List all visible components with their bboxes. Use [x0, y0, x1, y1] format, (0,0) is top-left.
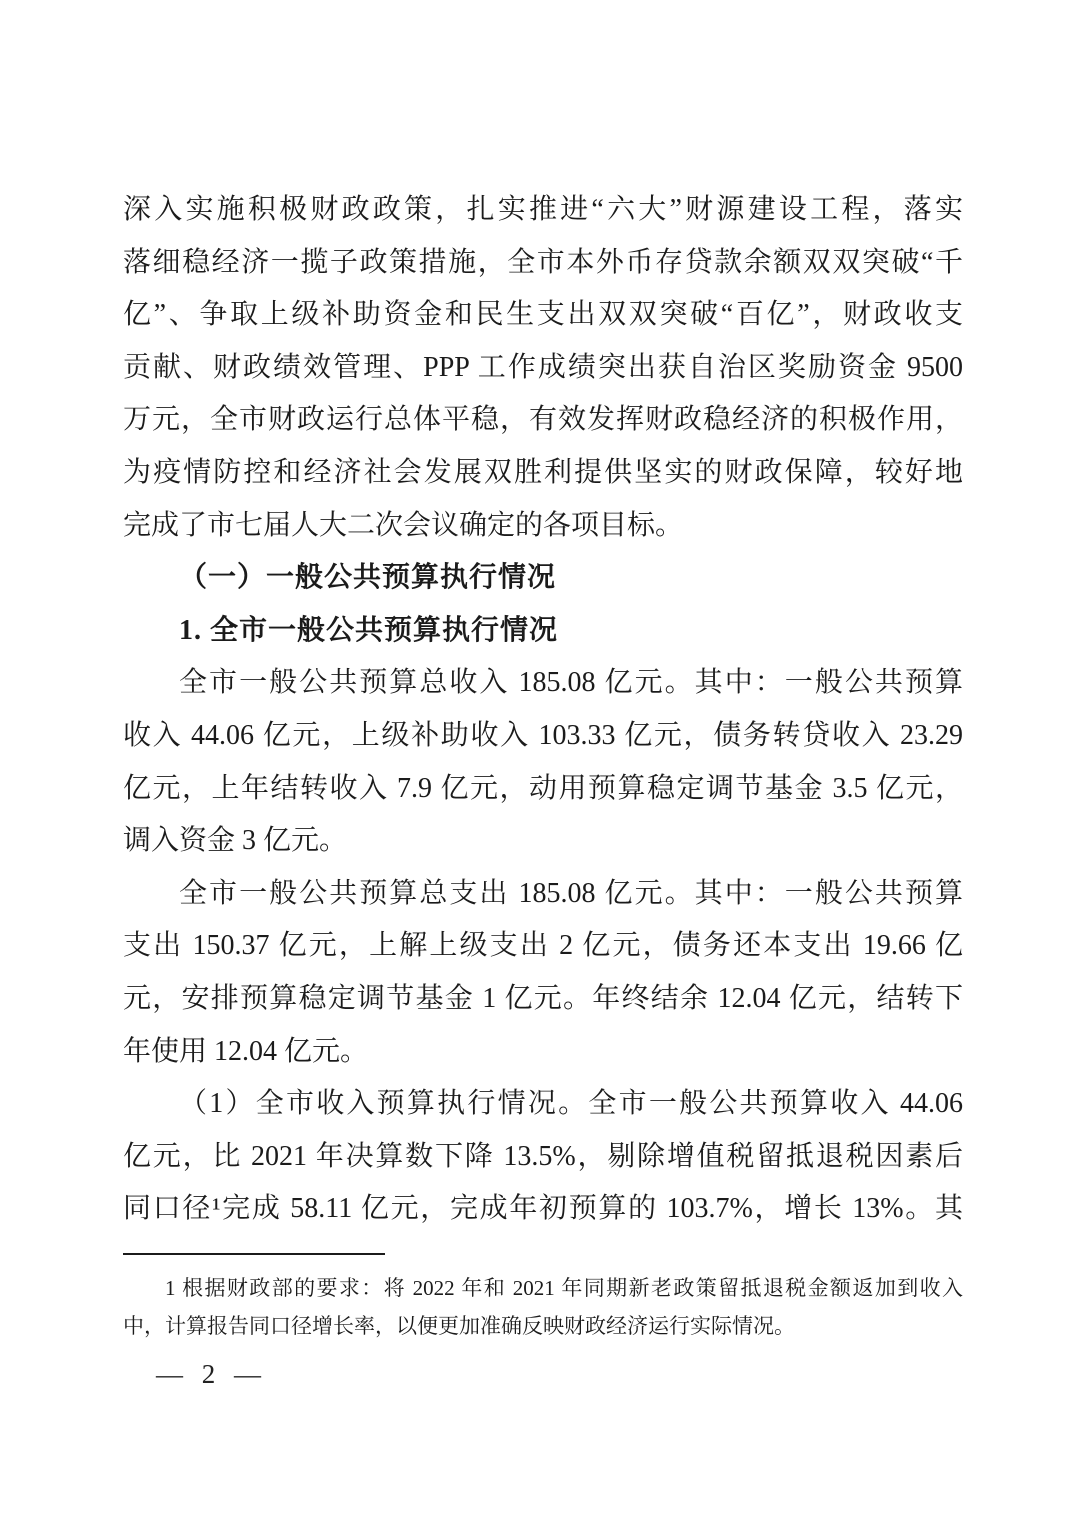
footnote-line: 1 根据财政部的要求：将 2022 年和 2021 年同期新老政策留抵退税金额返… — [123, 1269, 963, 1307]
page-body: 深入实施积极财政政策，扎实推进“六大”财源建设工程，落实 落细稳经济一揽子政策措… — [123, 184, 963, 1236]
text-line: 贡献、财政绩效管理、PPP 工作成绩突出获自治区奖励资金 9500 — [123, 342, 963, 395]
page-number: — 2 — — [156, 1356, 267, 1392]
text-line: 年使用 12.04 亿元。 — [123, 1026, 963, 1079]
text-line: 为疫情防控和经济社会发展双胜利提供坚实的财政保障，较好地 — [123, 447, 963, 500]
text-line: 落细稳经济一揽子政策措施，全市本外币存贷款余额双双突破“千 — [123, 237, 963, 290]
footnote-divider — [123, 1253, 385, 1255]
text-line: 完成了市七届人大二次会议确定的各项目标。 — [123, 500, 963, 553]
text-line: 调入资金 3 亿元。 — [123, 815, 963, 868]
text-line: 同口径¹完成 58.11 亿元，完成年初预算的 103.7%，增长 13%。其 — [123, 1183, 963, 1236]
text-line: 收入 44.06 亿元，上级补助收入 103.33 亿元，债务转贷收入 23.2… — [123, 710, 963, 763]
text-line: 全市一般公共预算总收入 185.08 亿元。其中：一般公共预算 — [123, 657, 963, 710]
text-line: 元，安排预算稳定调节基金 1 亿元。年终结余 12.04 亿元，结转下 — [123, 973, 963, 1026]
paragraph-total-revenue: 全市一般公共预算总收入 185.08 亿元。其中：一般公共预算 收入 44.06… — [123, 657, 963, 867]
footnote-block: 1 根据财政部的要求：将 2022 年和 2021 年同期新老政策留抵退税金额返… — [123, 1253, 963, 1345]
paragraph-intro: 深入实施积极财政政策，扎实推进“六大”财源建设工程，落实 落细稳经济一揽子政策措… — [123, 184, 963, 552]
text-line: 深入实施积极财政政策，扎实推进“六大”财源建设工程，落实 — [123, 184, 963, 237]
paragraph-revenue-execution: （1）全市收入预算执行情况。全市一般公共预算收入 44.06 亿元，比 2021… — [123, 1078, 963, 1236]
paragraph-total-expenditure: 全市一般公共预算总支出 185.08 亿元。其中：一般公共预算 支出 150.3… — [123, 868, 963, 1078]
text-line: 亿”、争取上级补助资金和民生支出双双突破“百亿”，财政收支 — [123, 289, 963, 342]
text-line: 支出 150.37 亿元，上解上级支出 2 亿元，债务还本支出 19.66 亿 — [123, 920, 963, 973]
text-line: （1）全市收入预算执行情况。全市一般公共预算收入 44.06 — [123, 1078, 963, 1131]
document-page: 深入实施积极财政政策，扎实推进“六大”财源建设工程，落实 落细稳经济一揽子政策措… — [0, 0, 1074, 1520]
text-line: 万元，全市财政运行总体平稳，有效发挥财政稳经济的积极作用， — [123, 394, 963, 447]
text-line: 亿元，比 2021 年决算数下降 13.5%，剔除增值税留抵退税因素后 — [123, 1131, 963, 1184]
section-heading: （一）一般公共预算执行情况 — [123, 552, 963, 605]
text-line: 亿元，上年结转收入 7.9 亿元，动用预算稳定调节基金 3.5 亿元， — [123, 763, 963, 816]
subsection-heading: 1. 全市一般公共预算执行情况 — [123, 605, 963, 658]
footnote-line: 中，计算报告同口径增长率，以便更加准确反映财政经济运行实际情况。 — [123, 1307, 963, 1345]
text-line: 全市一般公共预算总支出 185.08 亿元。其中：一般公共预算 — [123, 868, 963, 921]
